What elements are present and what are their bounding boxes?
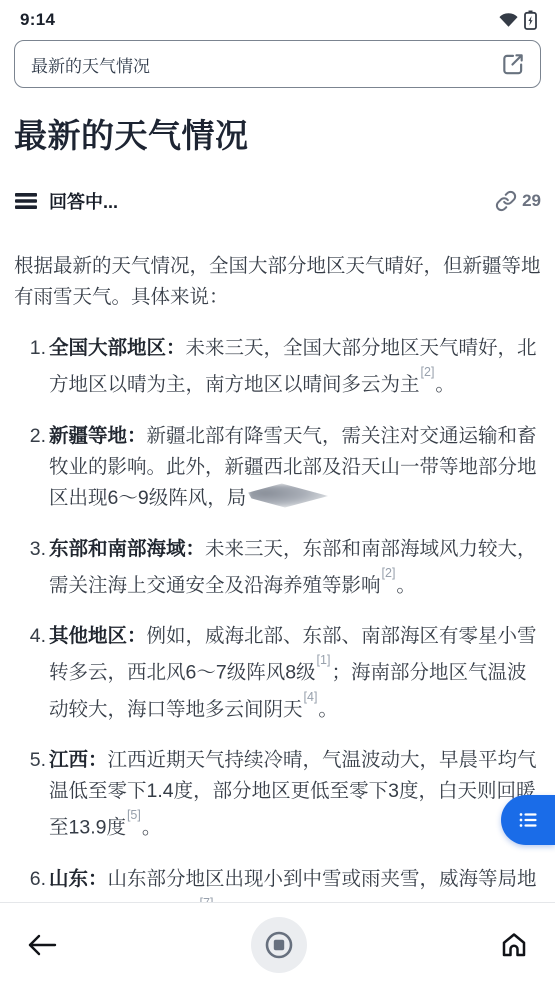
citation-link[interactable]: [2] — [382, 566, 396, 580]
intro-paragraph: 根据最新的天气情况，全国大部分地区天气晴好，但新疆等地有雨雪天气。具体来说： — [14, 251, 541, 313]
back-button[interactable] — [26, 932, 58, 958]
citation-link[interactable]: [4] — [304, 690, 318, 704]
list-item: 3.东部和南部海域：未来三天，东部和南部海域风力较大，需关注海上交通安全及沿海养… — [49, 534, 541, 602]
status-time: 9:14 — [20, 10, 55, 30]
citation-link[interactable]: [1] — [317, 653, 331, 667]
home-button[interactable] — [499, 930, 529, 960]
citation-link[interactable]: [2] — [421, 365, 435, 379]
item-text: 。 — [396, 574, 416, 596]
item-label: 其他地区： — [49, 625, 147, 647]
item-text: 。 — [142, 817, 162, 839]
article: 最新的天气情况 回答中... 29 根据最新的天气情况，全国大部分 — [0, 114, 555, 931]
battery-charging-icon — [524, 10, 537, 30]
page-title: 最新的天气情况 — [14, 114, 541, 158]
item-label: 江西： — [49, 749, 108, 771]
item-number: 1. — [30, 333, 46, 364]
status-bar: 9:14 — [0, 0, 555, 32]
item-text: 江西近期天气持续冷晴，气温波动大，早晨平均气温低至零下1.4度，部分地区更低至零… — [49, 749, 537, 839]
search-query[interactable]: 最新的天气情况 — [31, 52, 500, 77]
back-arrow-icon — [26, 932, 58, 958]
item-number: 3. — [30, 534, 46, 565]
link-icon — [495, 190, 517, 212]
stop-record-icon — [264, 930, 294, 960]
citation-link[interactable]: [5] — [127, 808, 141, 822]
item-label: 全国大部地区： — [49, 337, 186, 359]
app-screen: { "colors": { "accent_blue": "#1a6ce8", … — [0, 0, 555, 986]
answer-lines-icon — [14, 191, 38, 211]
list-item: 5.江西：江西近期天气持续冷晴，气温波动大，早晨平均气温低至零下1.4度，部分地… — [49, 745, 541, 844]
item-text: 。 — [318, 698, 338, 720]
external-link-icon[interactable] — [500, 51, 526, 77]
status-icons — [499, 10, 537, 30]
item-text: 。 — [435, 374, 455, 396]
sources-button[interactable]: 29 — [495, 190, 541, 212]
item-number: 5. — [30, 745, 46, 776]
item-label: 新疆等地： — [49, 425, 147, 447]
item-label: 山东： — [49, 868, 108, 890]
list-item: 1.全国大部地区：未来三天，全国大部分地区天气晴好，北方地区以晴为主，南方地区以… — [49, 333, 541, 401]
list-item: 4.其他地区：例如，威海北部、东部、南部海区有零星小雪转多云，西北风6～7级阵风… — [49, 621, 541, 725]
stop-generating-button[interactable] — [251, 917, 307, 973]
wifi-icon — [499, 12, 518, 28]
answer-status-row: 回答中... 29 — [14, 188, 541, 214]
screen-smudge-overlay — [248, 484, 328, 508]
weather-list: 1.全国大部地区：未来三天，全国大部分地区天气晴好，北方地区以晴为主，南方地区以… — [14, 333, 541, 931]
sources-count[interactable]: 29 — [522, 191, 541, 211]
item-number: 6. — [30, 864, 46, 895]
item-label: 东部和南部海域： — [49, 538, 205, 560]
item-number: 2. — [30, 421, 46, 452]
item-number: 4. — [30, 621, 46, 652]
outline-list-fab[interactable] — [501, 795, 555, 845]
search-bar[interactable]: 最新的天气情况 — [14, 40, 541, 88]
list-item: 2.新疆等地：新疆北部有降雪天气，需关注对交通运输和畜牧业的影响。此外，新疆西北… — [49, 421, 541, 514]
answer-status-label: 回答中... — [49, 188, 118, 214]
home-icon — [499, 930, 529, 960]
list-icon — [516, 808, 540, 832]
bottom-nav — [0, 902, 555, 986]
